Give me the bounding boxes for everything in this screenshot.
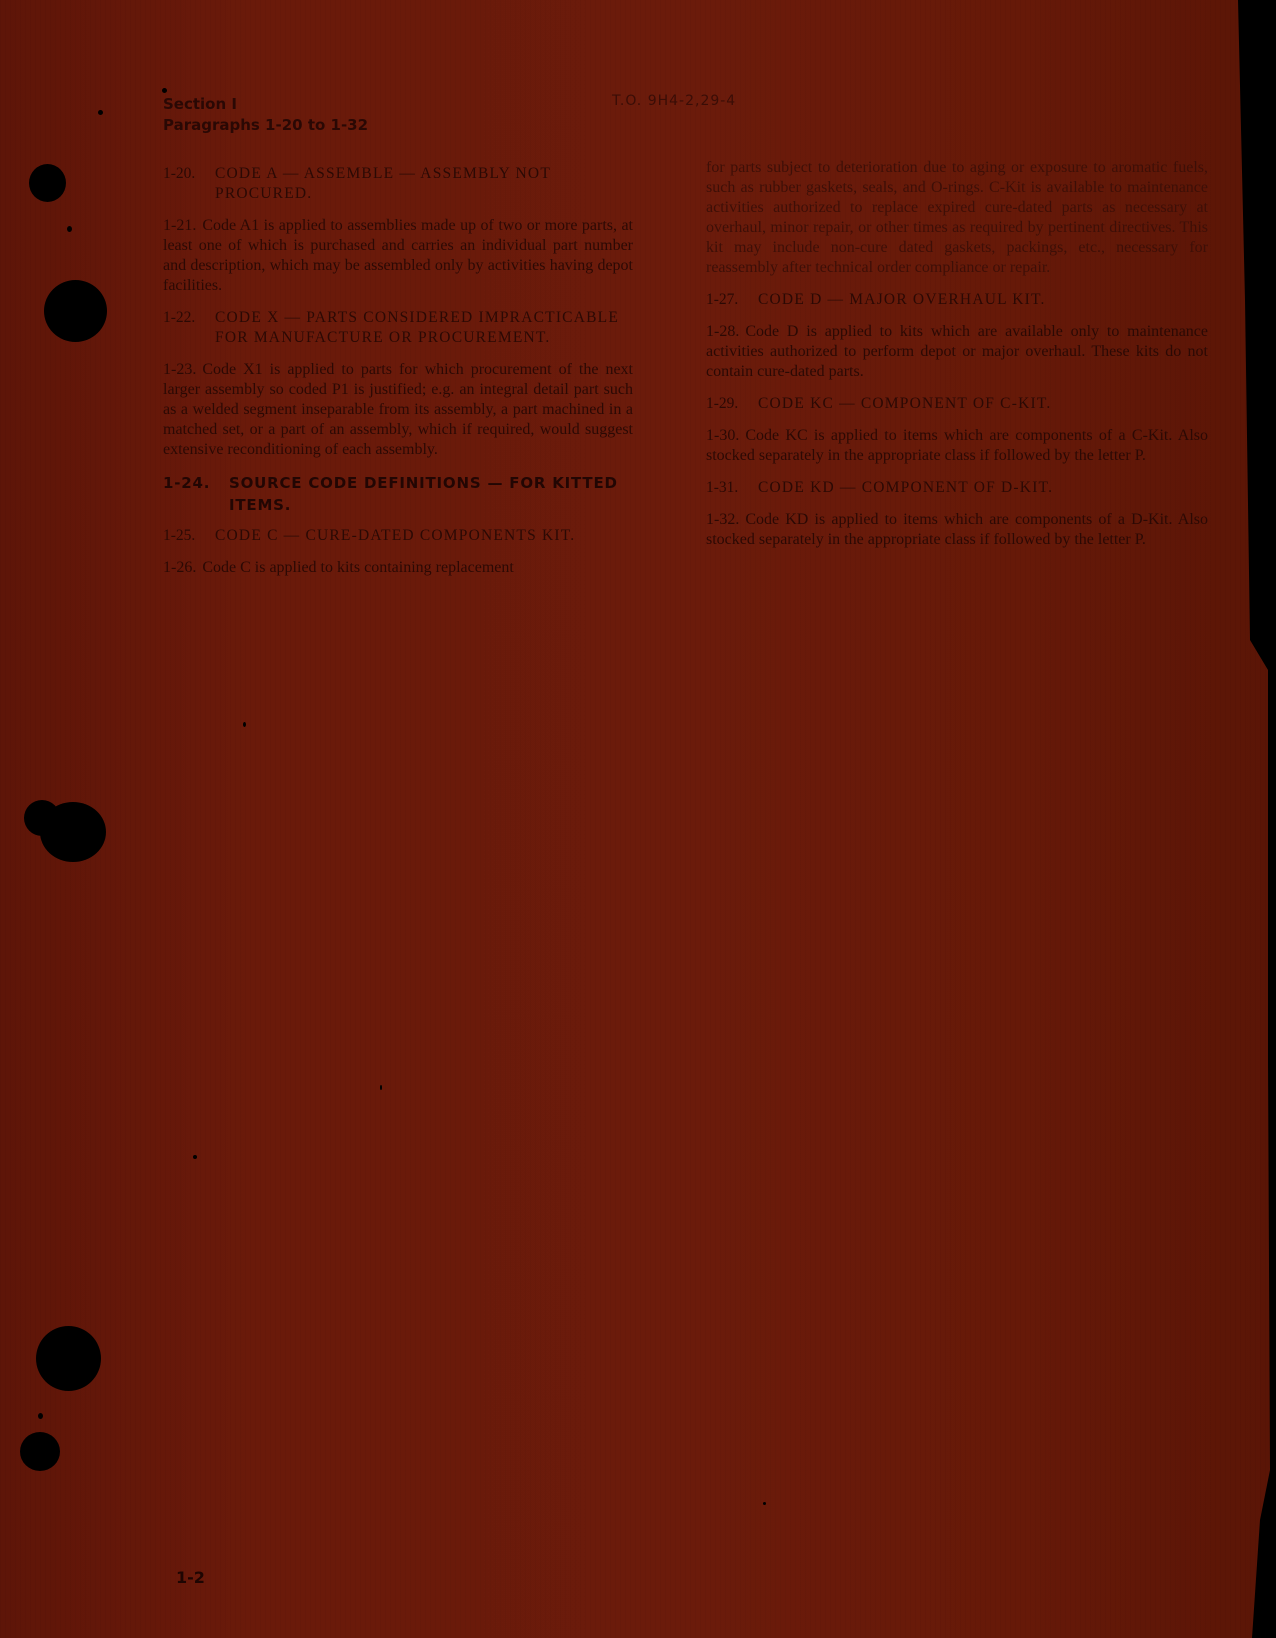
- paragraph-heading: 1-29. CODE KC — COMPONENT OF C-KIT.: [706, 394, 1208, 414]
- paragraph-body: for parts subject to deterioration due t…: [706, 158, 1208, 278]
- binder-hole: [40, 802, 106, 862]
- speck: [763, 1502, 766, 1505]
- speck: [243, 722, 246, 727]
- speck: [193, 1155, 197, 1159]
- binder-hole: [36, 1326, 101, 1391]
- speck: [38, 1413, 43, 1419]
- paragraph-body: 1-23.Code X1 is applied to parts for whi…: [163, 360, 633, 460]
- section-heading: 1-24. SOURCE CODE DEFINITIONS — FOR KITT…: [163, 472, 633, 516]
- speck: [98, 110, 103, 115]
- paragraph-heading: 1-25. CODE C — CURE-DATED COMPONENTS KIT…: [163, 526, 633, 546]
- paragraph-heading: 1-20. CODE A — ASSEMBLE — ASSEMBLY NOT P…: [163, 164, 633, 204]
- speck: [380, 1085, 382, 1090]
- paragraph-body: 1-32.Code KD is applied to items which a…: [706, 510, 1208, 550]
- paragraph-heading: 1-31. CODE KD — COMPONENT OF D-KIT.: [706, 478, 1208, 498]
- paragraph-body: 1-28.Code D is applied to kits which are…: [706, 322, 1208, 382]
- paragraph-heading: 1-27. CODE D — MAJOR OVERHAUL KIT.: [706, 290, 1208, 310]
- speck: [67, 226, 72, 232]
- paragraph-body: 1-30.Code KC is applied to items which a…: [706, 426, 1208, 466]
- paragraph-range: Paragraphs 1-20 to 1-32: [163, 115, 368, 136]
- binder-hole: [44, 280, 107, 342]
- paragraph-body: 1-21.Code A1 is applied to assemblies ma…: [163, 216, 633, 296]
- left-column: 1-20. CODE A — ASSEMBLE — ASSEMBLY NOT P…: [163, 164, 633, 590]
- page-header: Section I Paragraphs 1-20 to 1-32: [163, 94, 368, 136]
- right-column: for parts subject to deterioration due t…: [706, 158, 1208, 562]
- binder-hole: [20, 1432, 60, 1471]
- binder-hole: [29, 164, 66, 202]
- paragraph-heading: 1-22. CODE X — PARTS CONSIDERED IMPRACTI…: [163, 308, 633, 348]
- document-page: Section I Paragraphs 1-20 to 1-32 T.O. 9…: [0, 0, 1276, 1638]
- paragraph-body: 1-26.Code C is applied to kits containin…: [163, 558, 633, 578]
- speck: [162, 88, 167, 93]
- page-number: 1-2: [176, 1568, 205, 1587]
- tech-order-number: T.O. 9H4-2,29-4: [612, 93, 736, 109]
- section-label: Section I: [163, 94, 368, 115]
